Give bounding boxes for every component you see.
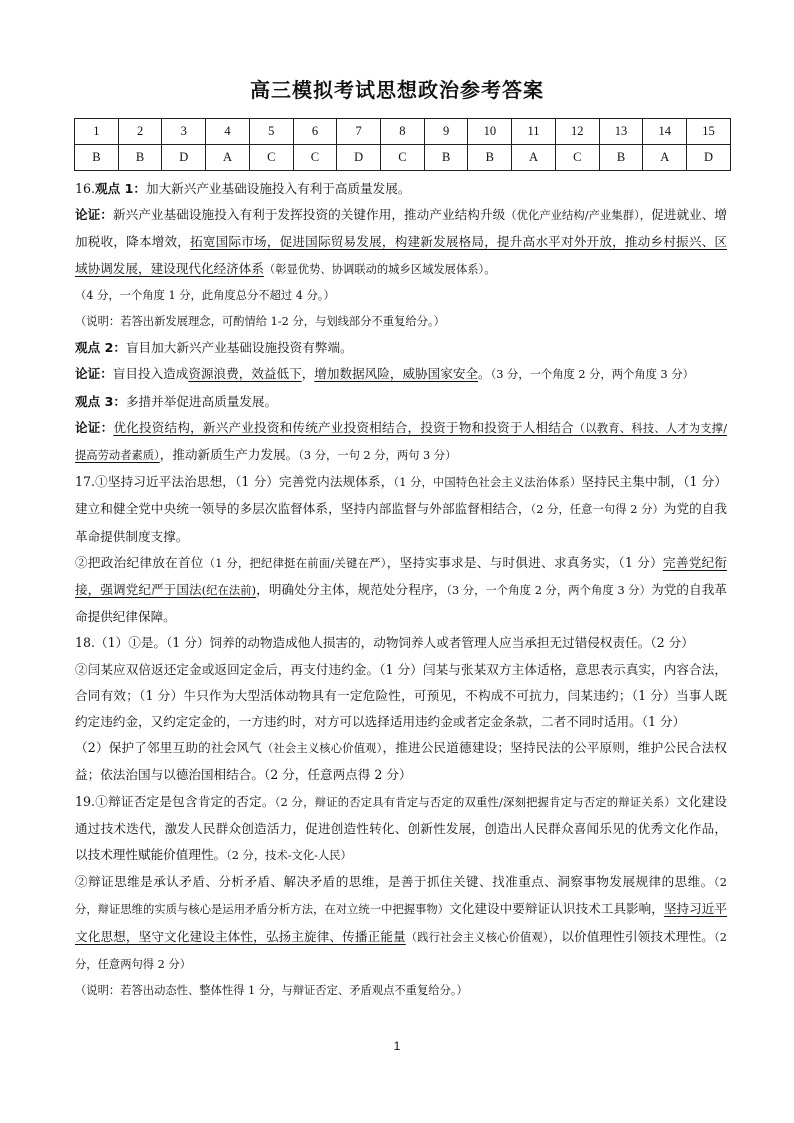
q19-point-1: 19.①辩证否定是包含肯定的否定。（2 分，辩证的否定具有肯定与否定的双重性/深…	[75, 789, 727, 870]
q18-part-1: 18.（1）①是。（1 分）饲养的动物造成他人损害的，动物饲养人或者管理人应当承…	[75, 630, 727, 656]
q19-point-2: ②辩证思维是承认矛盾、分析矛盾、解决矛盾的思维，是善于抓住关键、找准重点、洞察事…	[75, 869, 727, 978]
answer-table: 1 2 3 4 5 6 7 8 9 10 11 12 13 14 15 B B …	[74, 118, 731, 171]
question-number: 9	[424, 119, 468, 145]
answer-cell: C	[293, 145, 337, 171]
answer-cell: A	[206, 145, 250, 171]
viewpoint-text: 盲目加大新兴产业基础设施投资有弊端。	[126, 340, 353, 355]
question-number: 13	[599, 119, 643, 145]
answer-text: ②辩证思维是承认矛盾、分析矛盾、解决矛盾的思维，是善于抓住关键、找准重点、洞察事…	[75, 874, 714, 889]
viewpoint-text: 多措并举促进高质量发展。	[126, 394, 277, 409]
scoring-note: （2 分，技术-文化-人民）	[226, 849, 352, 862]
q16-note-1: （说明：若答出新发展理念，可酌情给 1-2 分，与划线部分不重复给分。）	[75, 309, 727, 335]
scoring-note: （彰显优势、协调联动的城乡区域发展体系）。	[264, 263, 496, 276]
answer-cell: B	[424, 145, 468, 171]
question-number: 3	[162, 119, 206, 145]
scoring-note: （2 分，任意一句得 2 分）	[531, 503, 664, 516]
answer-text: ，明确处分主体，规范处分程序，	[256, 582, 446, 597]
q16-argument-3: 论证：优化投资结构，新兴产业投资和传统产业投资相结合，投资于物和投资于人相结合（…	[75, 415, 727, 469]
answer-cell: A	[643, 145, 687, 171]
question-number: 10	[468, 119, 512, 145]
answer-text: （2）保护了邻里互助的社会风气	[75, 740, 262, 755]
answer-cell: B	[118, 145, 162, 171]
q16-argument-2: 论证：盲目投入造成资源浪费，效益低下，增加数据风险，威胁国家安全。（3 分，一个…	[75, 361, 727, 388]
question-number: 8	[381, 119, 425, 145]
question-number: 1	[75, 119, 119, 145]
answer-content: 16.观点 1：加大新兴产业基础设施投入有利于高质量发展。 论证：新兴产业基础设…	[75, 176, 727, 1004]
q18-part-1-point-2: ②闫某应双倍返还定金或返回定金后，再支付违约金。（1 分）闫某与张某双方主体适格…	[75, 657, 727, 736]
argument-text: ，	[302, 366, 315, 381]
page-title: 高三模拟考试思想政治参考答案	[0, 74, 794, 103]
scoring-note: （践行社会主义核心价值观）	[406, 931, 549, 944]
argument-label: 论证：	[75, 366, 113, 381]
question-number: 6	[293, 119, 337, 145]
underlined-key-point: 优化投资结构，新兴产业投资和传统产业投资相结合，投资于物和投资于人相结合	[113, 420, 573, 435]
answer-cell: C	[555, 145, 599, 171]
argument-text: 。	[478, 366, 491, 381]
argument-text: 新兴产业基础设施投入有利于发挥投资的关键作用，推动产业结构升级	[113, 207, 505, 222]
scoring-note: （2 分，任意两点得 2 分）	[264, 767, 412, 782]
answer-cell: B	[599, 145, 643, 171]
q17-point-2: ②把政治纪律放在首位（1 分，把纪律挺在前面/关键在严），坚持实事求是、与时俱进…	[75, 550, 727, 631]
viewpoint-text: 加大新兴产业基础设施投入有利于高质量发展。	[146, 181, 410, 196]
answer-text: ②把政治纪律放在首位	[75, 555, 204, 570]
underlined-key-point: 增加数据风险，威胁国家安全	[314, 366, 478, 381]
question-number: 5	[249, 119, 293, 145]
page-number: 1	[0, 1039, 794, 1053]
argument-text: ，推动新质生产力发展。	[160, 447, 299, 462]
answer-text: 19.①辩证否定是包含肯定的否定。	[75, 794, 275, 809]
question-number: 16.	[75, 181, 95, 196]
q19-note: （说明：若答出动态性、整体性得 1 分，与辩证否定、矛盾观点不重复给分。）	[75, 978, 727, 1004]
answer-cell: A	[512, 145, 556, 171]
answer-cell: B	[75, 145, 119, 171]
q17-point-1: 17.①坚持习近平法治思想，（1 分）完善党内法规体系，（1 分，中国特色社会主…	[75, 469, 727, 550]
answer-cell: C	[381, 145, 425, 171]
q16-viewpoint-3: 观点 3：多措并举促进高质量发展。	[75, 389, 727, 415]
argument-label: 论证：	[75, 420, 113, 435]
scoring-note: （3 分，一个角度 2 分，两个角度 3 分）	[491, 368, 694, 381]
answer-cell: D	[337, 145, 381, 171]
scoring-note: （1 分，中国特色社会主义法治体系）	[393, 476, 581, 489]
question-number: 4	[206, 119, 250, 145]
answer-text: 17.①坚持习近平法治思想，（1 分）完善党内法规体系，	[75, 474, 393, 489]
viewpoint-label: 观点 2：	[75, 340, 126, 355]
scoring-note: （3 分，一个角度 2 分，两个角度 3 分）	[446, 584, 651, 597]
question-number: 15	[687, 119, 731, 145]
scoring-note: （优化产业结构/产业集群），	[505, 209, 651, 222]
answer-cell: D	[162, 145, 206, 171]
argument-label: 论证：	[75, 207, 113, 222]
answer-cell: C	[249, 145, 293, 171]
answer-cell: B	[468, 145, 512, 171]
question-number: 2	[118, 119, 162, 145]
answer-cell: D	[687, 145, 731, 171]
underlined-key-point: 资源浪费，效益低下	[188, 366, 301, 381]
viewpoint-label: 观点 3：	[75, 394, 126, 409]
scoring-note: （3 分，一句 2 分，两句 3 分）	[298, 449, 456, 462]
q16-viewpoint-1: 16.观点 1：加大新兴产业基础设施投入有利于高质量发展。	[75, 176, 727, 202]
q16-score-1: （4 分，一个角度 1 分，此角度总分不超过 4 分。）	[75, 283, 727, 309]
answer-text: ，以价值理性引领技术理性。	[549, 929, 714, 944]
answer-text: ，坚持实事求是、与时俱进、求真务实，（1 分）	[387, 555, 663, 570]
scoring-note: （2 分，辩证的否定具有肯定与否定的双重性/深刻把握肯定与否定的辩证关系）	[275, 796, 676, 809]
question-number: 12	[555, 119, 599, 145]
question-number: 11	[512, 119, 556, 145]
viewpoint-label: 观点 1：	[95, 181, 146, 196]
underlined-key-point: (纪在法前)	[202, 584, 256, 597]
question-number: 14	[643, 119, 687, 145]
answer-row: B B D A C C D C B B A C B A D	[75, 145, 731, 171]
q16-viewpoint-2: 观点 2：盲目加大新兴产业基础设施投资有弊端。	[75, 335, 727, 361]
question-number-row: 1 2 3 4 5 6 7 8 9 10 11 12 13 14 15	[75, 119, 731, 145]
q18-part-2: （2）保护了邻里互助的社会风气（社会主义核心价值观），推进公民道德建设；坚持民法…	[75, 735, 727, 788]
q16-argument-1: 论证：新兴产业基础设施投入有利于发挥投资的关键作用，推动产业结构升级（优化产业结…	[75, 202, 727, 283]
answer-text: 文化建设中要辩证认识技术工具影响，	[449, 901, 664, 916]
scoring-note: （1 分，把纪律挺在前面/关键在严）	[204, 557, 387, 570]
scoring-note: （社会主义核心价值观）	[262, 742, 383, 755]
question-number: 7	[337, 119, 381, 145]
argument-text: 盲目投入造成	[113, 366, 189, 381]
